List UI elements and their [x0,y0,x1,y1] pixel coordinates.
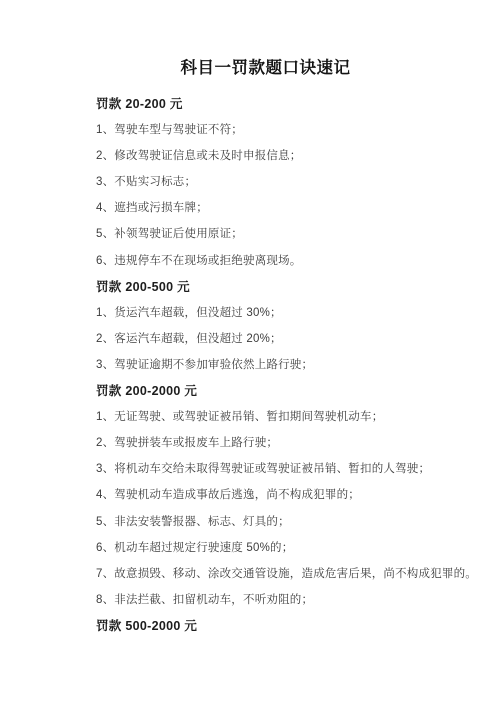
list-item: 2、驾驶拼装车或报废车上路行驶； [96,430,445,456]
section-heading: 罚款 200-500 元 [96,274,445,300]
page-title: 科目一罚款题口诀速记 [0,0,500,78]
list-item: 4、驾驶机动车造成事故后逃逸，尚不构成犯罪的； [96,482,445,508]
section-heading: 罚款 200-2000 元 [96,378,445,404]
section-heading: 罚款 20-200 元 [96,91,445,117]
list-item: 1、货运汽车超载，但没超过 30%； [96,300,445,326]
list-item: 6、违规停车不在现场或拒绝驶离现场。 [96,248,445,274]
list-item: 6、机动车超过规定行驶速度 50%的； [96,535,445,561]
list-item: 2、修改驾驶证信息或未及时申报信息； [96,143,445,169]
document-page: 科目一罚款题口诀速记 罚款 20-200 元1、驾驶车型与驾驶证不符；2、修改驾… [0,0,500,707]
list-item: 3、驾驶证逾期不参加审验依然上路行驶； [96,352,445,378]
list-item: 5、补领驾驶证后使用原证； [96,221,445,247]
list-item: 7、故意损毁、移动、涂改交通管设施，造成危害后果，尚不构成犯罪的。 [96,561,445,587]
document-body: 罚款 20-200 元1、驾驶车型与驾驶证不符；2、修改驾驶证信息或未及时申报信… [96,91,445,639]
list-item: 3、将机动车交给未取得驾驶证或驾驶证被吊销、暂扣的人驾驶； [96,456,445,482]
list-item: 2、客运汽车超载，但没超过 20%； [96,326,445,352]
list-item: 8、非法拦截、扣留机动车，不听劝阻的； [96,587,445,613]
list-item: 4、遮挡或污损车牌； [96,195,445,221]
list-item: 1、驾驶车型与驾驶证不符； [96,117,445,143]
list-item: 5、非法安装警报器、标志、灯具的； [96,509,445,535]
section-heading: 罚款 500-2000 元 [96,613,445,639]
list-item: 1、无证驾驶、或驾驶证被吊销、暂扣期间驾驶机动车； [96,404,445,430]
list-item: 3、不贴实习标志； [96,169,445,195]
